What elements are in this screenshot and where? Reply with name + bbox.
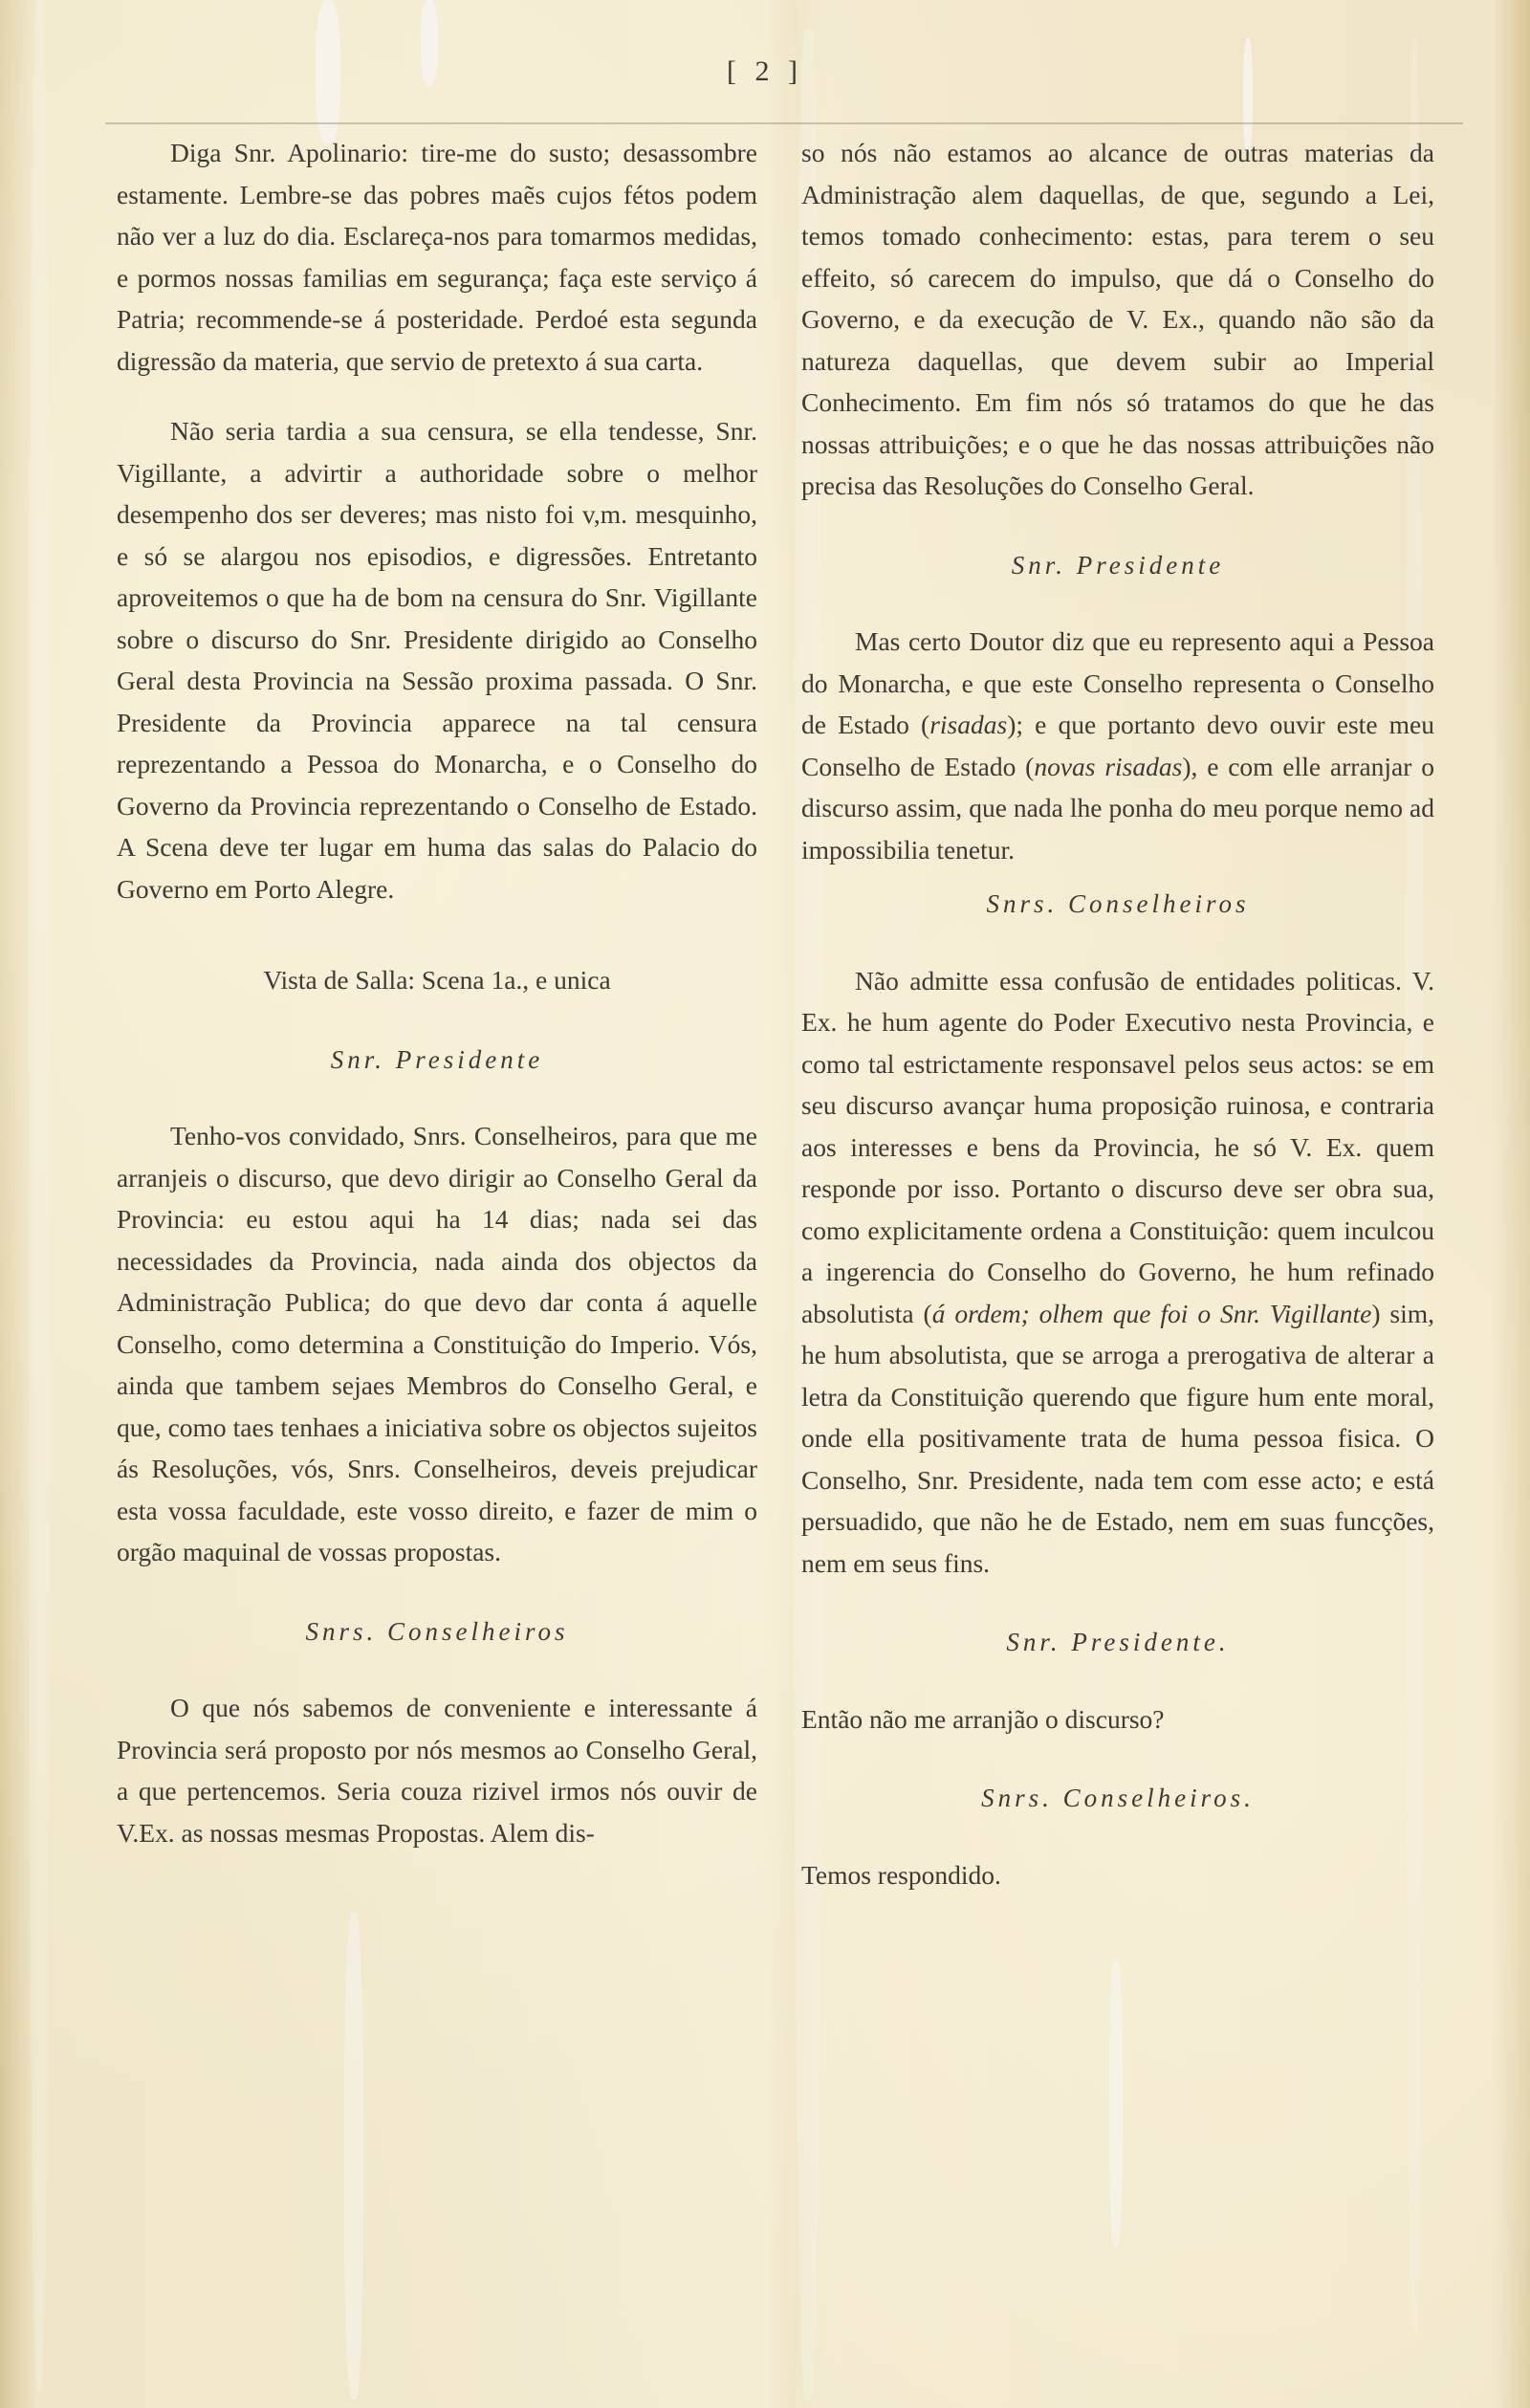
speaker-heading: Snr. Presidente [117, 1040, 757, 1082]
newspaper-page: [ 2 ] Diga Snr. Apolinario: tire-me do s… [0, 0, 1530, 2408]
paragraph: so nós não estamos ao alcance de outras … [801, 132, 1434, 507]
paragraph: Temos respondido. [801, 1854, 1434, 1896]
text-run: Não admitte essa confusão de entidades p… [801, 966, 1434, 1328]
page-number: [ 2 ] [0, 55, 1530, 88]
speaker-heading: Snrs. Conselheiros. [801, 1778, 1434, 1820]
paragraph: Não seria tardia a sua censura, se ella … [117, 410, 757, 909]
paragraph: Mas certo Doutor diz que eu represento a… [801, 621, 1434, 870]
speaker-heading: Snrs. Conselheiros [117, 1611, 757, 1653]
left-column: Diga Snr. Apolinario: tire-me do susto; … [117, 132, 757, 1853]
speaker-heading: Snr. Presidente [801, 545, 1434, 587]
speaker-heading: Snr. Presidente. [801, 1622, 1434, 1664]
italic-aside: á ordem; olhem que foi o Snr. Vigillante [932, 1299, 1372, 1328]
paragraph: Então não me arranjão o discurso? [801, 1698, 1434, 1740]
italic-aside: novas risadas [1034, 752, 1182, 781]
text-run: ) sim, he hum absolutista, que se arroga… [801, 1299, 1434, 1578]
paper-damage [344, 1913, 363, 2400]
paragraph: Tenho-vos convidado, Snrs. Conselheiros,… [117, 1115, 757, 1573]
paper-damage [1109, 1960, 1123, 2247]
header-rule [105, 122, 1463, 124]
paper-damage [29, 0, 50, 2391]
right-column: so nós não estamos ao alcance de outras … [801, 132, 1434, 1895]
stage-direction: Vista de Salla: Scena 1a., e unica [117, 959, 757, 1001]
paragraph: Não admitte essa confusão de entidades p… [801, 960, 1434, 1585]
paragraph: O que nós sabemos de conveniente e inter… [117, 1687, 757, 1853]
speaker-heading: Snrs. Conselheiros [801, 884, 1434, 926]
paragraph: Diga Snr. Apolinario: tire-me do susto; … [117, 132, 757, 382]
italic-aside: risadas [929, 710, 1007, 739]
